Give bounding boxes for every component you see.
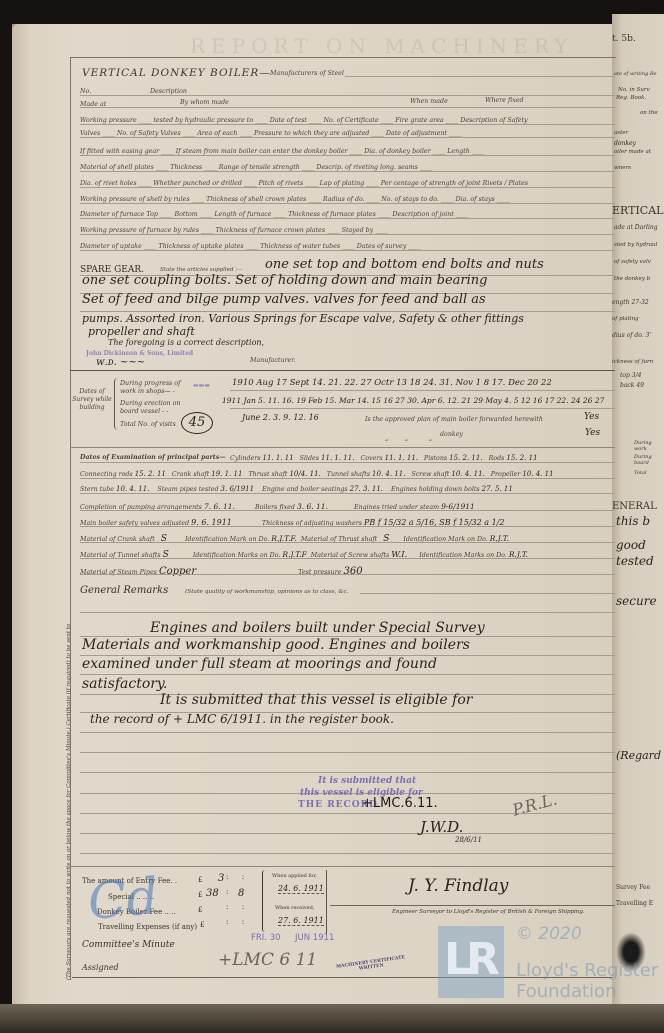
right-fragment: wners (614, 165, 631, 171)
main-plan-question: Is the approved plan of main boiler forw… (365, 416, 543, 423)
right-fragment: ickness of furn (612, 359, 653, 365)
signature-line (330, 905, 615, 906)
field-line (80, 137, 615, 138)
manufacturer-stamp: John Dickinson & Sons, Limited (86, 350, 193, 357)
examination-row-1: Cylinders 11. 1. 11 Slides 11. 1. 11. Co… (230, 454, 620, 462)
margin-note: (The Surveyors are requested not to writ… (66, 624, 72, 980)
right-fragment: aster (614, 130, 628, 136)
right-fragment: tested (616, 554, 654, 568)
entry-fee-currency: £ (198, 876, 202, 884)
covers-label: Covers (360, 455, 382, 462)
general-remarks-instruction: (State quality of workmanship, opinions … (185, 589, 349, 595)
holding-down-bolts-label: Engines holding down bolts (391, 486, 480, 493)
adjacent-page: t. 5b. ate of writing Re No. in Surv Reg… (612, 14, 664, 1024)
screw-shaft-value: 10. 4. 11. (451, 470, 484, 478)
crank-shaft-value: 19. 1. 11 (211, 470, 242, 478)
blue-pencil-mark: Cd (86, 867, 161, 931)
right-fragment: oiler made at (614, 149, 651, 155)
ghost-title: REPORT ON MACHINERY (190, 34, 573, 58)
thrust-shaft-value: 10/4. 11. (289, 470, 320, 478)
approval-stamp-line: It is submitted that (318, 776, 416, 786)
applied-label: When applied for, (272, 873, 317, 879)
where-fixed-label: Where fixed (485, 97, 524, 104)
boiler-row: Material of shell plates ____ Thickness … (80, 164, 615, 171)
approval-handwritten: +LMC.6.11. (362, 796, 438, 811)
tunnel-shafts-value: 10. 4. 11. (372, 470, 405, 478)
initials-date: 28/6/11 (455, 836, 482, 844)
field-line (80, 218, 615, 219)
by-whom-made-label: By whom made (180, 99, 229, 106)
field-line (80, 95, 615, 96)
no-label: No. (80, 88, 91, 95)
right-fragment: ENERAL (612, 501, 657, 512)
donkey-fee-currency: £ (198, 906, 202, 914)
field-line (80, 772, 615, 773)
dates-of-survey-side-label: Dates of Survey while building (72, 388, 112, 412)
spare-gear-line: pumps. Assorted iron. Various Springs fo… (82, 312, 524, 325)
fee-divider (326, 870, 327, 934)
watermark-org-line2: Foundation (516, 981, 616, 1002)
field-line (80, 493, 615, 494)
field-line (80, 558, 615, 559)
tunnel-shafts-label: Tunnel shafts (327, 471, 370, 478)
right-fragment: good (616, 538, 646, 552)
small-purple-stamp: ▬▬▬ (193, 382, 210, 389)
right-fragment: of safety valv (614, 259, 651, 265)
form-number: t. 5b. (612, 34, 636, 44)
pistons-value: 15. 2. 11. (449, 454, 482, 462)
section-title: VERTICAL DONKEY BOILER— (82, 67, 271, 79)
examination-heading: Dates of Examination of principal parts— (80, 454, 226, 461)
remarks-line: the record of + LMC 6/1911. in the regis… (90, 712, 394, 726)
assigned-label: Assigned (82, 963, 119, 972)
assigned-value: +LMC 6 11 (218, 950, 317, 970)
right-fragment: ade at Darling (614, 224, 658, 231)
connecting-rods-value: 15. 2. 11 (135, 470, 166, 478)
survey-label-total: Total No. of visits (120, 421, 176, 428)
pistons-label: Pistons (424, 455, 447, 462)
field-line (80, 203, 615, 204)
right-fragment: back 49 (620, 382, 644, 389)
slides-value: 11. 1. 11. (321, 454, 354, 462)
remarks-line: satisfactory. (82, 676, 167, 692)
right-fragment: on the (640, 110, 658, 116)
when-made-label: When made (410, 98, 448, 105)
field-line (80, 833, 615, 834)
main-plan-answer: Yes (584, 412, 599, 422)
crank-shaft-label: Crank shaft (172, 471, 209, 478)
thrust-shaft-label: Thrust shaft (248, 471, 287, 478)
connecting-rods-label: Connecting rods (80, 471, 133, 478)
special-fee-pounds: 38 (206, 888, 219, 899)
spare-gear-line: one set top and bottom end bolts and nut… (265, 257, 544, 272)
boiler-row: Dia. of rivet holes ____ Whether punched… (80, 180, 615, 187)
manufacturer-label: Manufacturer. (250, 357, 296, 364)
boiler-row: Working pressure of furnace by rules ___… (80, 227, 615, 234)
watermark-copyright: © 2020 (516, 924, 582, 944)
rods-value: 15. 2. 11 (506, 454, 537, 462)
spare-gear-extra-line: propeller and shaft (88, 325, 195, 338)
remarks-line: It is submitted that this vessel is elig… (160, 692, 472, 708)
right-fragment: During board (634, 454, 664, 466)
applied-value: 24. 6. 1911 (278, 884, 324, 894)
field-line (80, 542, 615, 543)
manufacturers-of-steel-label: Manufacturers of Steel (270, 70, 344, 77)
slides-label: Slides (300, 455, 319, 462)
date-stamp-month: JUN 1911 (295, 933, 334, 943)
field-line (80, 574, 615, 575)
initials-jwd: J.W.D. (420, 818, 463, 836)
right-fragment: sted by hydraul (614, 242, 657, 248)
propeller-value: 10. 4. 11 (522, 470, 553, 478)
remarks-line: Materials and workmanship good. Engines … (82, 637, 470, 653)
boiler-row: Valves ____ No. of Safety Valves ____ Ar… (80, 130, 615, 137)
seatings-value: 27. 3. 11. (350, 485, 383, 493)
right-fragment: ate of writing Re (614, 71, 657, 77)
field-line (80, 612, 615, 613)
fee-colons: : :: :: :: : (226, 870, 244, 930)
total-visits: 45 (181, 412, 213, 434)
spare-gear-line: Set of feed and bilge pump valves. valve… (82, 292, 486, 307)
donkey-plan-label: donkey (440, 431, 463, 438)
surveyor-signature: J. Y. Findlay (408, 876, 508, 896)
test-pressure-value: 360 (343, 566, 362, 577)
field-line (80, 124, 615, 125)
description-label: Description (150, 88, 187, 95)
cylinders-value: 11. 1. 11 (262, 454, 293, 462)
field-line (80, 732, 615, 733)
field-line (345, 76, 615, 77)
survey-dates-1910: 1910 Aug 17 Sept 14. 21. 22. 27 Octr 13 … (232, 378, 552, 388)
survey-dates-1911: 1911 Jan 5. 11. 16. 19 Feb 15. Mar 14. 1… (222, 396, 604, 405)
steam-pipes-tested-label: Steam pipes tested (157, 486, 218, 493)
boiler-row: Working pressure ____ tested by hydrauli… (80, 117, 615, 124)
right-fragment: of plating (612, 316, 639, 322)
right-fragment: ength 27-32 (612, 299, 649, 306)
survey-label-board: During erection on board vessel - - (120, 400, 192, 416)
right-fragment: Total (634, 470, 647, 476)
boiler-row: Working pressure of shell by rules ____ … (80, 196, 615, 203)
right-fragment: During work (634, 440, 664, 452)
survey-dates-june: June 2. 3. 9. 12. 16 (242, 413, 319, 422)
right-fragment: ERTICAL (612, 204, 663, 217)
lr-logo-watermark: LR (438, 926, 504, 998)
special-fee-currency: £ (198, 891, 202, 899)
stern-tube-label: Stern tube (80, 486, 114, 493)
received-label: When received, (275, 905, 314, 911)
section-divider (70, 447, 615, 448)
field-line (80, 674, 615, 675)
watermark-org-line1: Lloyd's Register (516, 960, 658, 981)
correct-description-text: The foregoing is a correct description, (108, 338, 264, 347)
right-fragment: Survey Fee (616, 884, 650, 891)
screw-shaft-label: Screw shaft (411, 471, 449, 478)
page-bottom-edge (0, 1004, 664, 1033)
steam-pipes-tested-value: 3. 6/1911 (221, 485, 255, 493)
lr-logo-icon: LR (444, 934, 494, 985)
field-line (360, 593, 615, 594)
stern-tube-value: 10. 4. 11. (116, 485, 149, 493)
field-line (80, 250, 615, 251)
right-fragment: donkey (614, 140, 636, 147)
remarks-line: examined under full steam at moorings an… (82, 656, 437, 672)
covers-value: 11. 1. 11. (385, 454, 418, 462)
examination-row-8: Material of Steam Pipes Copper Test pres… (80, 566, 615, 577)
right-fragment: top 3/4 (620, 372, 641, 379)
field-line (80, 510, 615, 511)
seatings-label: Engine and boiler seatings (262, 486, 348, 493)
holding-down-bolts-value: 27. 5. 11 (482, 485, 513, 493)
field-line (80, 853, 615, 854)
right-fragment: (Regard (616, 749, 661, 762)
field-line (80, 526, 615, 527)
ditto-marks: „ „ „ (385, 434, 432, 442)
received-value: 27. 6. 1911 (278, 916, 324, 926)
manufacturer-signature: ᴡ.ᴅ. ~~~ (96, 357, 145, 368)
right-fragment: Travelling E (616, 900, 653, 907)
examination-row-2: Connecting rods 15. 2. 11 Crank shaft 19… (80, 470, 615, 478)
general-remarks-label: General Remarks (80, 585, 168, 596)
entry-fee-pounds: 3 (218, 873, 224, 884)
section-divider (70, 370, 615, 371)
field-line (230, 390, 615, 391)
field-line (80, 234, 615, 235)
field-line (80, 107, 615, 108)
field-line (80, 462, 615, 463)
right-fragment: secure (616, 594, 657, 608)
boiler-row: If fitted with easing gear ____ If steam… (80, 148, 615, 155)
propeller-label: Propeller (491, 471, 521, 478)
surveyor-title: Engineer Surveyor to Lloyd's Register of… (392, 909, 585, 915)
boiler-row: Diameter of furnace Top ____ Bottom ____… (80, 211, 615, 218)
fee-brace (262, 870, 267, 932)
boiler-row: Diameter of uptake ____ Thickness of upt… (80, 243, 615, 250)
rods-label: Rods (489, 455, 505, 462)
committee-minute-label: Committee's Minute (82, 940, 175, 950)
cylinders-label: Cylinders (230, 455, 260, 462)
survey-label-shops: During progress of work in shops— - (120, 380, 192, 396)
right-fragment: dius of do. 3' (612, 332, 651, 339)
date-stamp-day: FRI. 30 (251, 933, 281, 943)
spare-gear-line: one set coupling bolts. Set of holding d… (82, 273, 487, 288)
right-fragment: this b (616, 514, 650, 528)
field-line (80, 187, 615, 188)
right-fragment: No. in Surv (618, 87, 650, 93)
field-line (80, 171, 615, 172)
remarks-line: Engines and boilers built under Special … (150, 620, 485, 636)
steam-pipes-material-value: Copper (159, 566, 196, 577)
right-fragment: Reg. Book. (616, 95, 646, 101)
field-line (80, 752, 615, 753)
examination-row-3: Stern tube 10. 4. 11. Steam pipes tested… (80, 485, 615, 493)
field-line (230, 408, 615, 409)
travelling-expenses-currency: £ (200, 921, 204, 929)
right-fragment: the donkey b (614, 276, 650, 282)
field-line (80, 155, 615, 156)
donkey-plan-answer: Yes (585, 428, 600, 438)
field-line (80, 478, 615, 479)
